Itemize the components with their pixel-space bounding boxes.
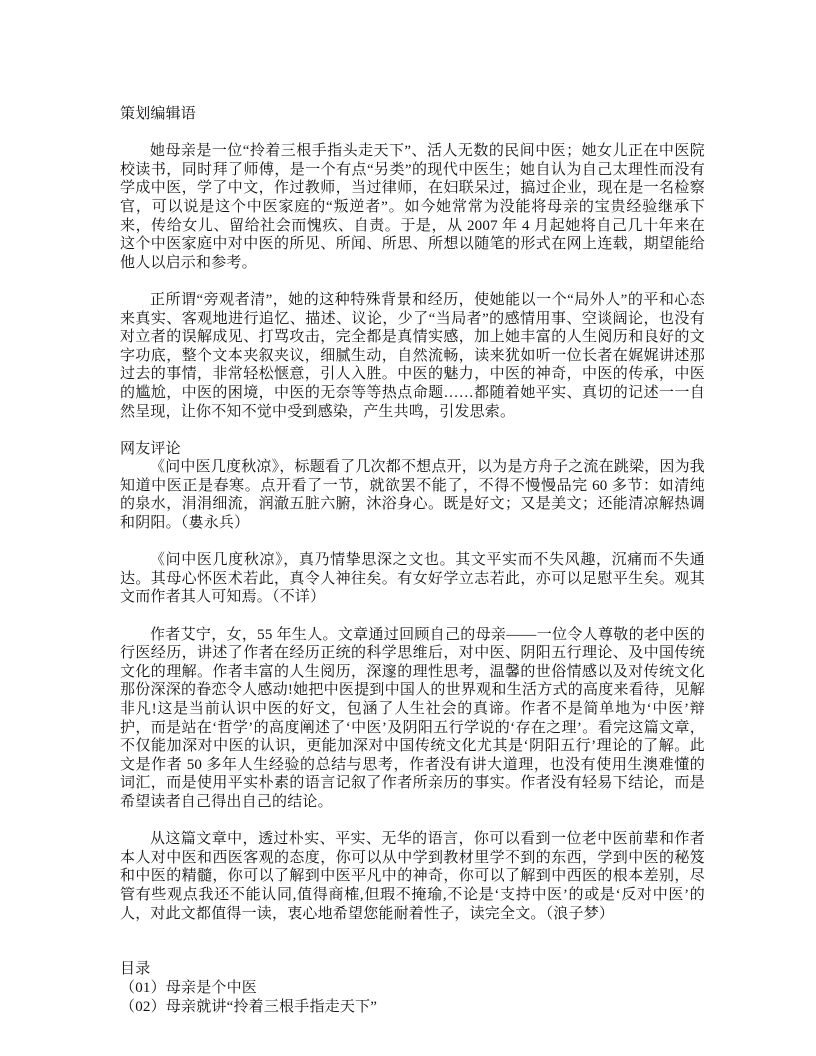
- toc-item: （02）母亲就讲“拎着三根手指走天下”: [120, 998, 705, 1017]
- toc-heading: 目录: [120, 960, 705, 979]
- reader-comments-heading: 网友评论: [120, 440, 705, 459]
- editor-note-paragraph: 她母亲是一位“拎着三根手指头走天下”、活人无数的民间中医；她女儿正在中医院校读书…: [120, 142, 705, 272]
- section-toc: 目录 （01）母亲是个中医 （02）母亲就讲“拎着三根手指走天下”: [120, 960, 705, 1016]
- section-editor-note: 策划编辑语 她母亲是一位“拎着三根手指头走天下”、活人无数的民间中医；她女儿正在…: [120, 105, 705, 421]
- reader-comment: 《问中医几度秋凉》，真乃情挚思深之文也。其文平实而不失风趣，沉痛而不失通达。其母…: [120, 551, 705, 607]
- document-page: 策划编辑语 她母亲是一位“拎着三根手指头走天下”、活人无数的民间中医；她女儿正在…: [0, 0, 816, 1056]
- document-content: 策划编辑语 她母亲是一位“拎着三根手指头走天下”、活人无数的民间中医；她女儿正在…: [120, 105, 705, 1016]
- section-reader-comments: 网友评论 《问中医几度秋凉》，标题看了几次都不想点开，以为是方舟子之流在跳梁，因…: [120, 440, 705, 923]
- editor-note-heading: 策划编辑语: [120, 105, 705, 124]
- editor-note-paragraph: 正所谓“旁观者清”，她的这种特殊背景和经历，使她能以一个“局外人”的平和心态来真…: [120, 291, 705, 421]
- toc-item: （01）母亲是个中医: [120, 979, 705, 998]
- reader-comment: 《问中医几度秋凉》，标题看了几次都不想点开，以为是方舟子之流在跳梁，因为我知道中…: [120, 458, 705, 532]
- reader-comment: 从这篇文章中，透过朴实、平实、无华的语言，你可以看到一位老中医前辈和作者本人对中…: [120, 830, 705, 923]
- reader-comment: 作者艾宁，女，55 年生人。文章通过回顾自己的母亲——一位令人尊敬的老中医的行医…: [120, 626, 705, 812]
